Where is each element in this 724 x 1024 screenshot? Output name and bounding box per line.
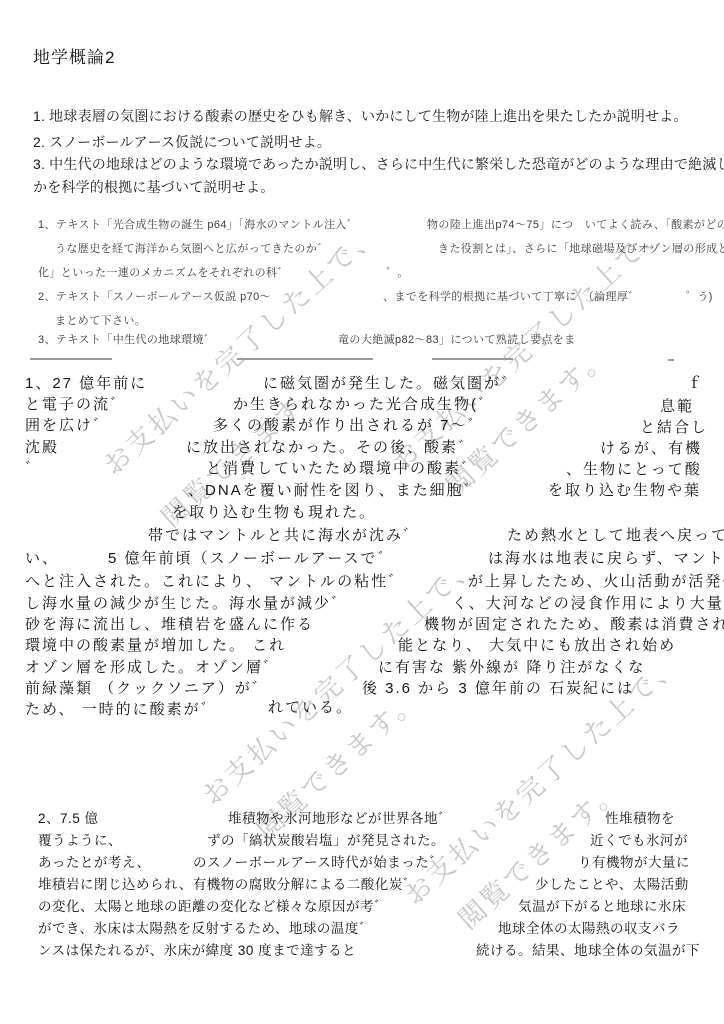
answer-text-fragment: 少したことや、太陽活動 <box>535 877 689 893</box>
note-fragment: 3、テキスト「中生代の地球環境゛ <box>38 334 215 347</box>
answer-text-fragment: 前緑藻類 （クックソニア）が゛ <box>25 680 269 698</box>
answer-text-fragment: 囲を広け゛ <box>25 417 110 435</box>
answer-text-fragment: は海水は地表に戻らず、マントル <box>488 550 724 568</box>
answer-text-fragment: が上昇したため、火山活動が活発化 <box>468 573 724 591</box>
answer-text-fragment: り有機物が大量に <box>578 855 690 871</box>
answer-text-fragment: か生きられなかった光合成生物(゛ <box>233 396 495 414</box>
answer-text-fragment: 覆うように、 <box>38 833 122 849</box>
answer-text-fragment: 2、7.5 億 <box>38 811 99 827</box>
note-fragment: 、までを科学的根拠に基づいて丁寧に （論理厚゛ <box>383 291 640 304</box>
note-fragment: きた役割とは」、さらに「地球磁場及びオゾン層の形成と生物進 <box>438 243 724 256</box>
note-fragment: うな歴史を経て海洋から気圏へと広がってきたのか゛ <box>55 243 329 256</box>
divider-line <box>432 358 513 360</box>
answer-text-fragment: 多くの酸素が作り出されるが 7～゛ <box>213 417 485 435</box>
answer-text-fragment: に放出されなかった。その後、酸素゛ <box>186 439 475 457</box>
answer-text-fragment: い、 <box>25 550 59 568</box>
answer-text-fragment: ゛ <box>25 460 42 478</box>
answer-text-fragment: 5 億年前頃（スノーボールアースで゛ <box>108 550 395 568</box>
answer-text-fragment: 後 3.6 から 3 億年前の 石炭紀には <box>362 680 634 698</box>
note-fragment: 2、テキスト「スノーボールアース仮説 p70～ <box>38 291 271 304</box>
answer-text-fragment: に磁気圏が発生した。磁気圏が゛ <box>263 375 518 393</box>
answer-text-fragment: 性堆積物を <box>605 811 675 827</box>
answer-text-fragment: と電子の流゛ <box>25 396 127 414</box>
answer-text-fragment: ができ、氷床は太陽熱を反射するため、地球の温度゛ <box>38 921 373 937</box>
answer-text-fragment: ｆ <box>687 375 704 393</box>
answer-text-fragment: ため熱水として地表へ戻って <box>507 527 724 545</box>
document-page: 地学概論2 お支払いを完了した上で、閲覧できます。お支払いを完了した上で、閲覧で… <box>0 0 724 1024</box>
answer-text-fragment: 続ける。結果、地球全体の気温が下 <box>476 943 700 959</box>
answer-text-fragment: 息範 <box>660 398 694 416</box>
answer-text-fragment: の変化、太陽と地球の距離の変化など様々な原因が考゛ <box>38 899 388 915</box>
answer-text-fragment: と結合し <box>640 419 708 437</box>
answer-text-fragment: 、DNAを覆い耐性を図り、また細胞゛ <box>188 482 481 500</box>
answer-text-fragment: 近くでも氷河が <box>590 833 688 849</box>
answer-text-fragment: と消費していたため環境中の酸素゛ <box>206 460 478 478</box>
answer-text-fragment: 環境中の酸素量が増加した。 これ <box>25 637 286 655</box>
note-fragment: 化」といった一連のメカニズムをそれぞれの科゛ <box>38 267 289 280</box>
answer-text-fragment: れている。 <box>268 699 353 717</box>
answer-text-fragment: 気温が下がると地球に氷床 <box>518 899 686 915</box>
answer-text-fragment: 帯ではマントルと共に海水が沈み゛ <box>148 527 420 545</box>
question-line: 1. 地球表層の気圏における酸素の歴史をひも解き、いかにして生物が陸上進出を果た… <box>33 108 688 125</box>
answer-text-fragment: 沈殿 <box>25 439 59 457</box>
divider-line <box>668 359 674 361</box>
answer-text-fragment: 堆積物や氷河地形などが世界各地゛ <box>228 811 452 827</box>
answer-text-fragment: 能となり、 大気中にも放出され始め <box>398 637 676 655</box>
answer-text-fragment: けるが、有機 <box>600 440 702 458</box>
answer-text-fragment: く、大河などの浸食作用により大量の土 <box>452 595 724 613</box>
answer-text-fragment: し海水量の減少が生じた。海水量が減少゛ <box>25 595 348 613</box>
divider-line <box>30 358 112 360</box>
answer-text-fragment: オゾン層を形成した。オゾン層゛ <box>25 659 280 677</box>
answer-text-fragment: ため、 一時的に酸素が゛ <box>25 701 218 719</box>
answer-text-fragment: 砂を海に流出し、堆積岩を盛んに作る <box>25 616 314 634</box>
page-title: 地学概論2 <box>33 48 115 68</box>
note-fragment: 竜の大絶滅p82～83」について熟読し要点をま <box>338 334 576 347</box>
answer-text-fragment: 1、27 億年前に <box>25 375 147 393</box>
question-line: 3. 中生代の地球はどのような環境であったか説明し、さらに中生代に繁栄した恐竜が… <box>33 156 724 173</box>
answer-text-fragment: 堆積岩に閉じ込められ、有機物の腐敗分解による二酸化炭゛ <box>38 877 417 893</box>
answer-text-fragment: ンスは保たれるが、氷床が緯度 30 度まで達すると <box>38 943 356 959</box>
answer-text-fragment: を取り込む生物や葉 <box>548 482 701 500</box>
note-fragment: ゛。 <box>386 267 409 280</box>
answer-text-fragment: に有害な 紫外線が 降り注がなくな <box>378 659 645 677</box>
answer-text-fragment: 地球全体の太陽熱の収支バラ <box>498 921 680 937</box>
answer-text-fragment: を取り込む生物も現れた。 <box>172 504 376 522</box>
answer-text-fragment: のスノーボールアース時代が始まった゛ <box>193 855 443 871</box>
answer-text-fragment: 機物が固定されたため、酸素は消費されず゛ <box>424 616 724 634</box>
note-fragment: ゜う) <box>686 291 713 304</box>
note-fragment: まとめて下さい。 <box>55 315 146 328</box>
answer-text-fragment: へと注入された。これにより、 マントルの粘性゛ <box>25 573 405 591</box>
answer-text-fragment: あったとが考え、 <box>38 855 151 871</box>
answer-text-fragment: ずの「縞状炭酸岩塩」が発見された。 <box>207 833 445 849</box>
question-line: 2. スノーボールアース仮説について説明せよ。 <box>33 134 331 151</box>
answer-text-fragment: 、生物にとって酸 <box>566 461 702 479</box>
question-line: かを科学的根拠に基づいて説明せよ。 <box>33 179 274 196</box>
note-fragment: 物の陸上進出p74～75」につ いてよく読み、「酸素がどのよ <box>427 219 724 232</box>
divider-line <box>237 358 373 360</box>
note-fragment: 1、テキスト「光合成生物の誕生 p64」「海水のマントル注入゛ <box>38 219 358 232</box>
